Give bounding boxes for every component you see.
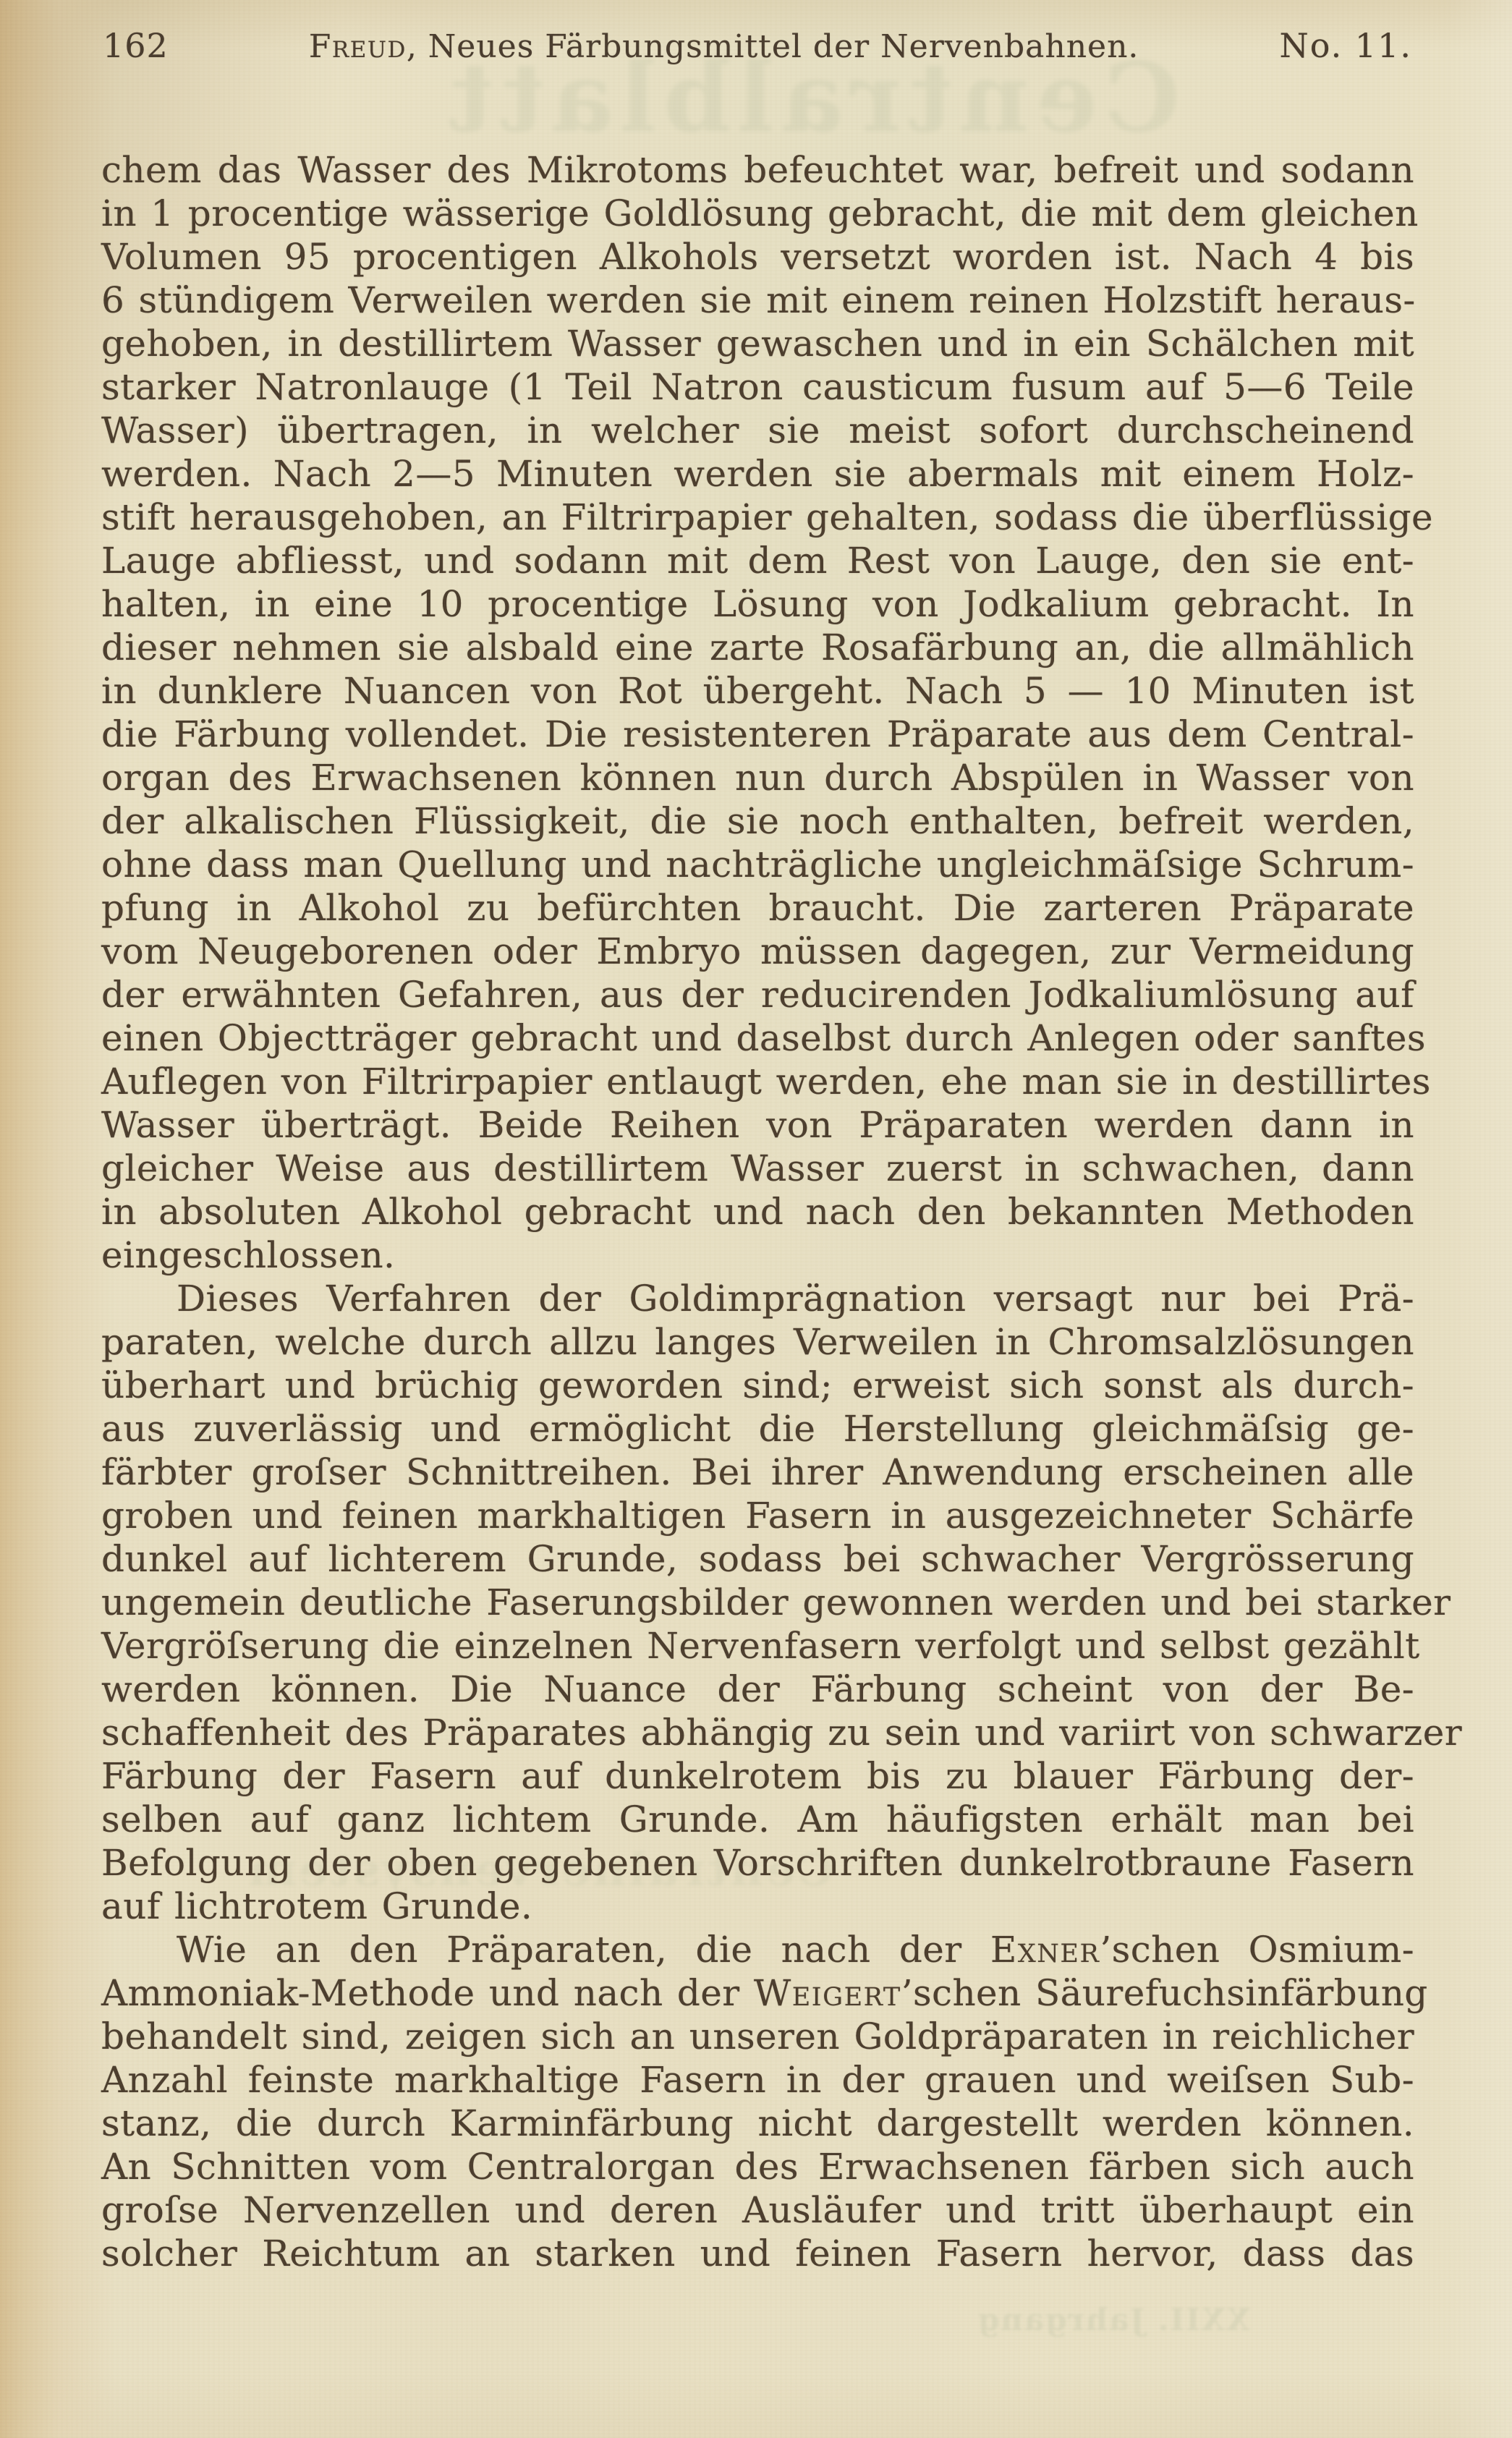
text-line: vom Neugeborenen oder Embryo müssen dage…: [101, 930, 1414, 973]
running-title-text: , Neues Färbungsmittel der Nervenbahnen.: [407, 28, 1139, 65]
scanned-journal-page: Centralblatt Centralnervensystem XXII. J…: [0, 0, 1512, 2438]
bleedthrough-text: XXII. Jahrgang: [977, 2302, 1250, 2337]
text-line: Anzahl feinste markhaltige Fasern in der…: [101, 2058, 1414, 2102]
text-line: überhart und brüchig geworden sind; erwe…: [101, 1364, 1414, 1407]
text-line: gleicher Weise aus destillirtem Wasser z…: [101, 1147, 1414, 1190]
text-line: färbter groſser Schnittreihen. Bei ihrer…: [101, 1451, 1414, 1494]
text-line: paraten, welche durch allzu langes Verwe…: [101, 1320, 1414, 1364]
text-line: Volumen 95 procentigen Alkohols versetzt…: [101, 235, 1414, 279]
text-line: 6 stündigem Verweilen werden sie mit ein…: [101, 279, 1414, 322]
text-line: dieser nehmen sie alsbald eine zarte Ros…: [101, 626, 1414, 669]
text-line: werden können. Die Nuance der Färbung sc…: [101, 1668, 1414, 1711]
text-line: gehoben, in destillirtem Wasser gewasche…: [101, 322, 1414, 365]
text-line: Dieses Verfahren der Goldimprägnation ve…: [101, 1277, 1414, 1320]
text-line: in absoluten Alkohol gebracht und nach d…: [101, 1190, 1414, 1233]
text-line: aus zuverlässig und ermöglicht die Herst…: [101, 1407, 1414, 1451]
text-line: An Schnitten vom Centralorgan des Erwach…: [101, 2145, 1414, 2188]
text-line: Befolgung der oben gegebenen Vorschrifte…: [101, 1841, 1414, 1885]
running-title: Freud, Neues Färbungsmittel der Nervenba…: [169, 28, 1280, 65]
text-line: in dunklere Nuancen von Rot übergeht. Na…: [101, 669, 1414, 713]
text-line: ungemein deutliche Faserungsbilder gewon…: [101, 1581, 1414, 1624]
text-line: der alkalischen Flüssigkeit, die sie noc…: [101, 799, 1414, 843]
cited-author-name: Weigert: [754, 1972, 901, 2014]
text-line: groben und feinen markhaltigen Fasern in…: [101, 1494, 1414, 1537]
text-line: der erwähnten Gefahren, aus der reducire…: [101, 973, 1414, 1016]
paragraph: Wie an den Präparaten, die nach der Exne…: [101, 1928, 1414, 2275]
cited-author-name: Exner: [990, 1929, 1100, 1971]
text-line: stanz, die durch Karminfärbung nicht dar…: [101, 2102, 1414, 2145]
text-line: die Färbung vollendet. Die resistenteren…: [101, 713, 1414, 756]
text-line: organ des Erwachsenen können nun durch A…: [101, 756, 1414, 799]
text-line: Wasser überträgt. Beide Reihen von Präpa…: [101, 1103, 1414, 1147]
text-line: Lauge abfliesst, und sodann mit dem Rest…: [101, 539, 1414, 582]
text-line: Färbung der Fasern auf dunkelrotem bis z…: [101, 1754, 1414, 1798]
text-line: werden. Nach 2—5 Minuten werden sie aber…: [101, 452, 1414, 496]
text-line: dunkel auf lichterem Grunde, sodass bei …: [101, 1537, 1414, 1581]
text-line: pfung in Alkohol zu befürchten braucht. …: [101, 886, 1414, 930]
text-line: groſse Nervenzellen und deren Ausläufer …: [101, 2188, 1414, 2232]
text-segment: ’schen Osmium-: [1100, 1929, 1414, 1971]
running-head: 162 Freud, Neues Färbungsmittel der Nerv…: [103, 26, 1412, 65]
text-segment: Ammoniak-Methode und nach der: [101, 1972, 754, 2014]
text-line: Wie an den Präparaten, die nach der Exne…: [101, 1928, 1414, 1971]
issue-number: No. 11.: [1279, 26, 1412, 65]
text-segment: ’schen Säurefuchsinfärbung: [901, 1972, 1428, 2014]
text-line: auf lichtrotem Grunde.: [101, 1885, 1414, 1928]
paragraph: Dieses Verfahren der Goldimprägnation ve…: [101, 1277, 1414, 1928]
text-line: halten, in eine 10 procentige Lösung von…: [101, 582, 1414, 626]
text-line: eingeschlossen.: [101, 1233, 1414, 1277]
text-line: chem das Wasser des Mikrotoms befeuchtet…: [101, 148, 1414, 192]
paragraph: chem das Wasser des Mikrotoms befeuchtet…: [101, 148, 1414, 1277]
text-line: in 1 procentige wässerige Goldlösung geb…: [101, 192, 1414, 235]
text-line: ohne dass man Quellung und nachträgliche…: [101, 843, 1414, 886]
text-line: behandelt sind, zeigen sich an unseren G…: [101, 2015, 1414, 2058]
text-line: schaffenheit des Präparates abhängig zu …: [101, 1711, 1414, 1754]
text-line: solcher Reichtum an starken und feinen F…: [101, 2232, 1414, 2275]
text-line: Auflegen von Filtrirpapier entlaugt werd…: [101, 1060, 1414, 1103]
text-line: Vergröſserung die einzelnen Nervenfasern…: [101, 1624, 1414, 1668]
page-number: 162: [103, 26, 169, 65]
article-body: chem das Wasser des Mikrotoms befeuchtet…: [101, 148, 1414, 2275]
text-line: selben auf ganz lichtem Grunde. Am häufi…: [101, 1798, 1414, 1841]
text-line: stift herausgehoben, an Filtrirpapier ge…: [101, 496, 1414, 539]
text-line: einen Objectträger gebracht und daselbst…: [101, 1016, 1414, 1060]
text-line: Ammoniak-Methode und nach der Weigert’sc…: [101, 1971, 1414, 2015]
text-line: starker Natronlauge (1 Teil Natron caust…: [101, 365, 1414, 409]
text-line: Wasser) übertragen, in welcher sie meist…: [101, 409, 1414, 452]
text-segment: Wie an den Präparaten, die nach der: [177, 1929, 990, 1971]
author-name: Freud: [309, 28, 407, 65]
